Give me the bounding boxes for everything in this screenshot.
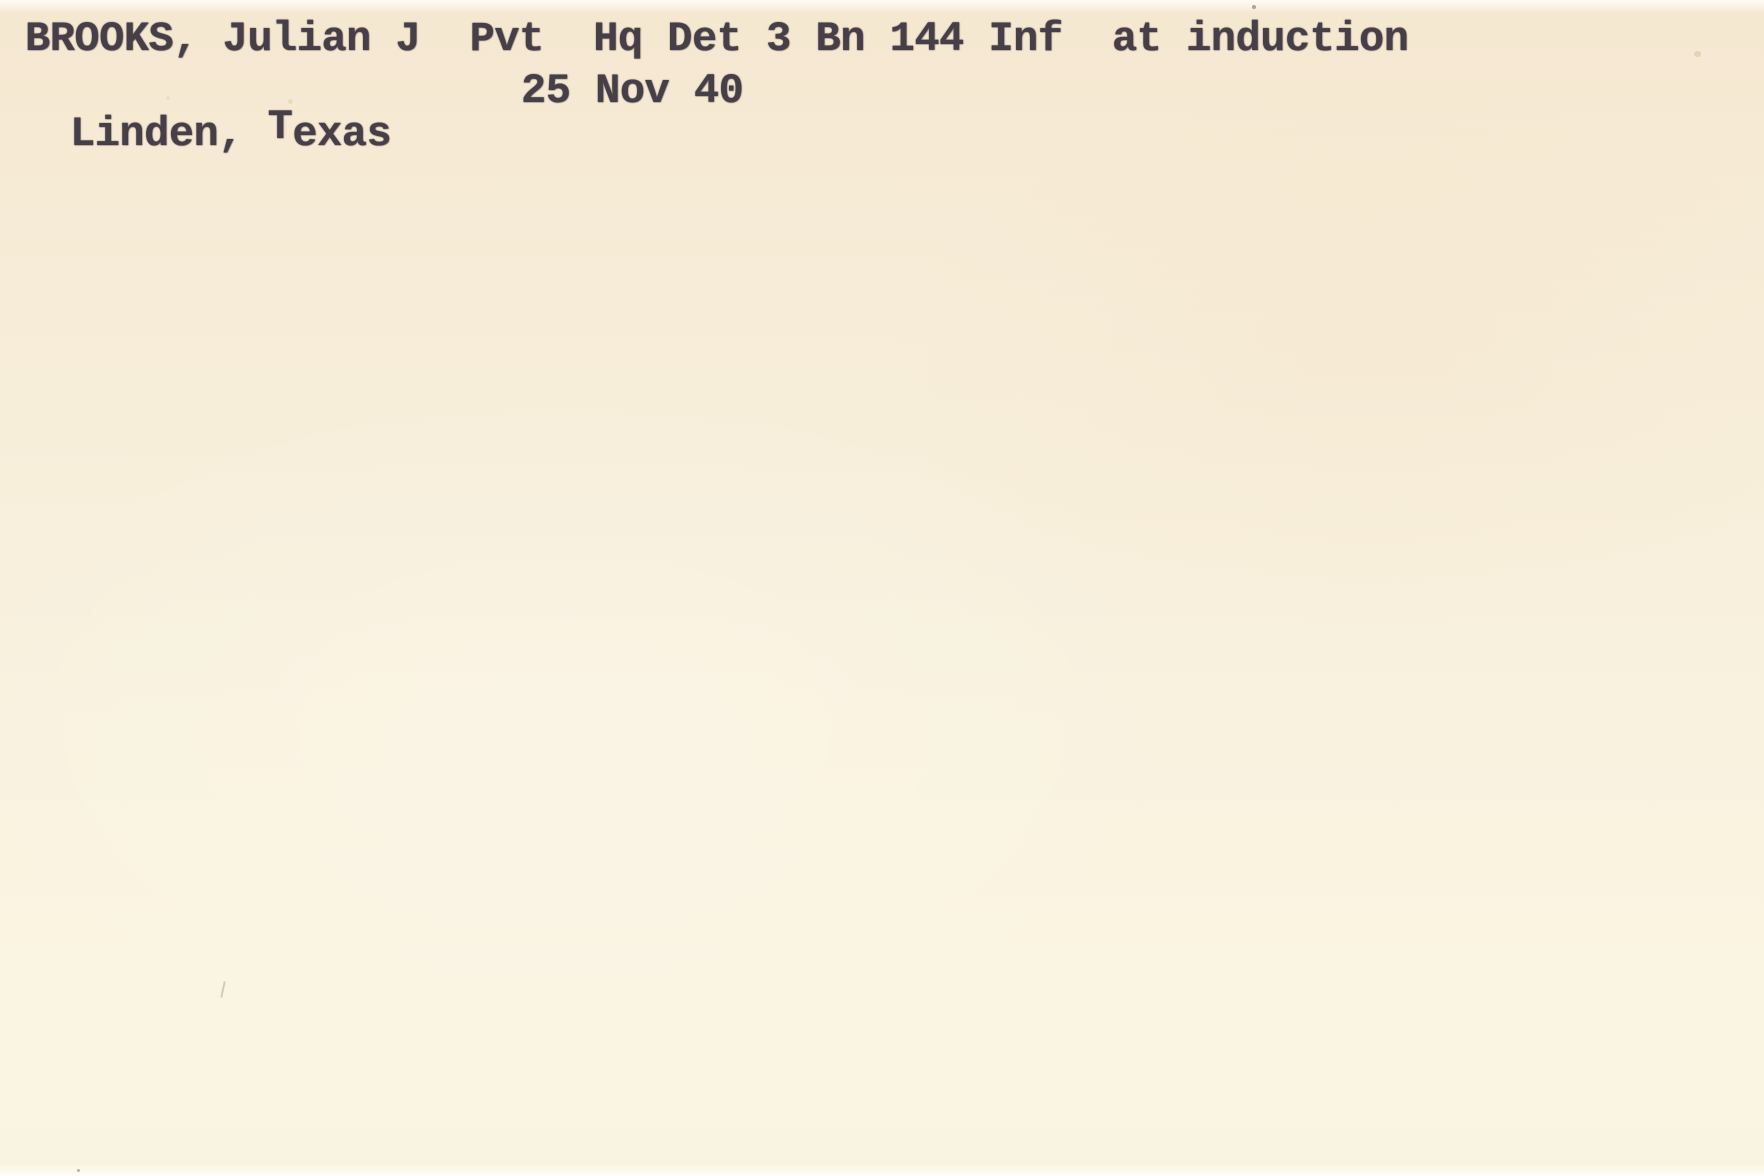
paper-speck: [288, 99, 293, 104]
hometown-raised-letter: T: [268, 106, 293, 148]
record-header-line: BROOKS, Julian J Pvt Hq Det 3 Bn 144 Inf…: [25, 18, 1408, 60]
paper-fiber: [220, 981, 225, 998]
paper-speck: [166, 96, 170, 100]
scan-edge-bottom: [0, 1165, 1764, 1176]
hometown-prefix: Linden,: [70, 110, 268, 158]
induction-date-line: 25 Nov 40: [521, 70, 743, 112]
paper-smudge: [1694, 51, 1701, 57]
hometown-suffix: exas: [292, 110, 391, 158]
hometown-line: Linden, Texas: [70, 113, 391, 155]
scan-edge-top: [0, 0, 1764, 13]
paper-speck: [1252, 5, 1256, 9]
scanned-index-card: BROOKS, Julian J Pvt Hq Det 3 Bn 144 Inf…: [0, 0, 1764, 1176]
paper-speck: [77, 1169, 80, 1172]
